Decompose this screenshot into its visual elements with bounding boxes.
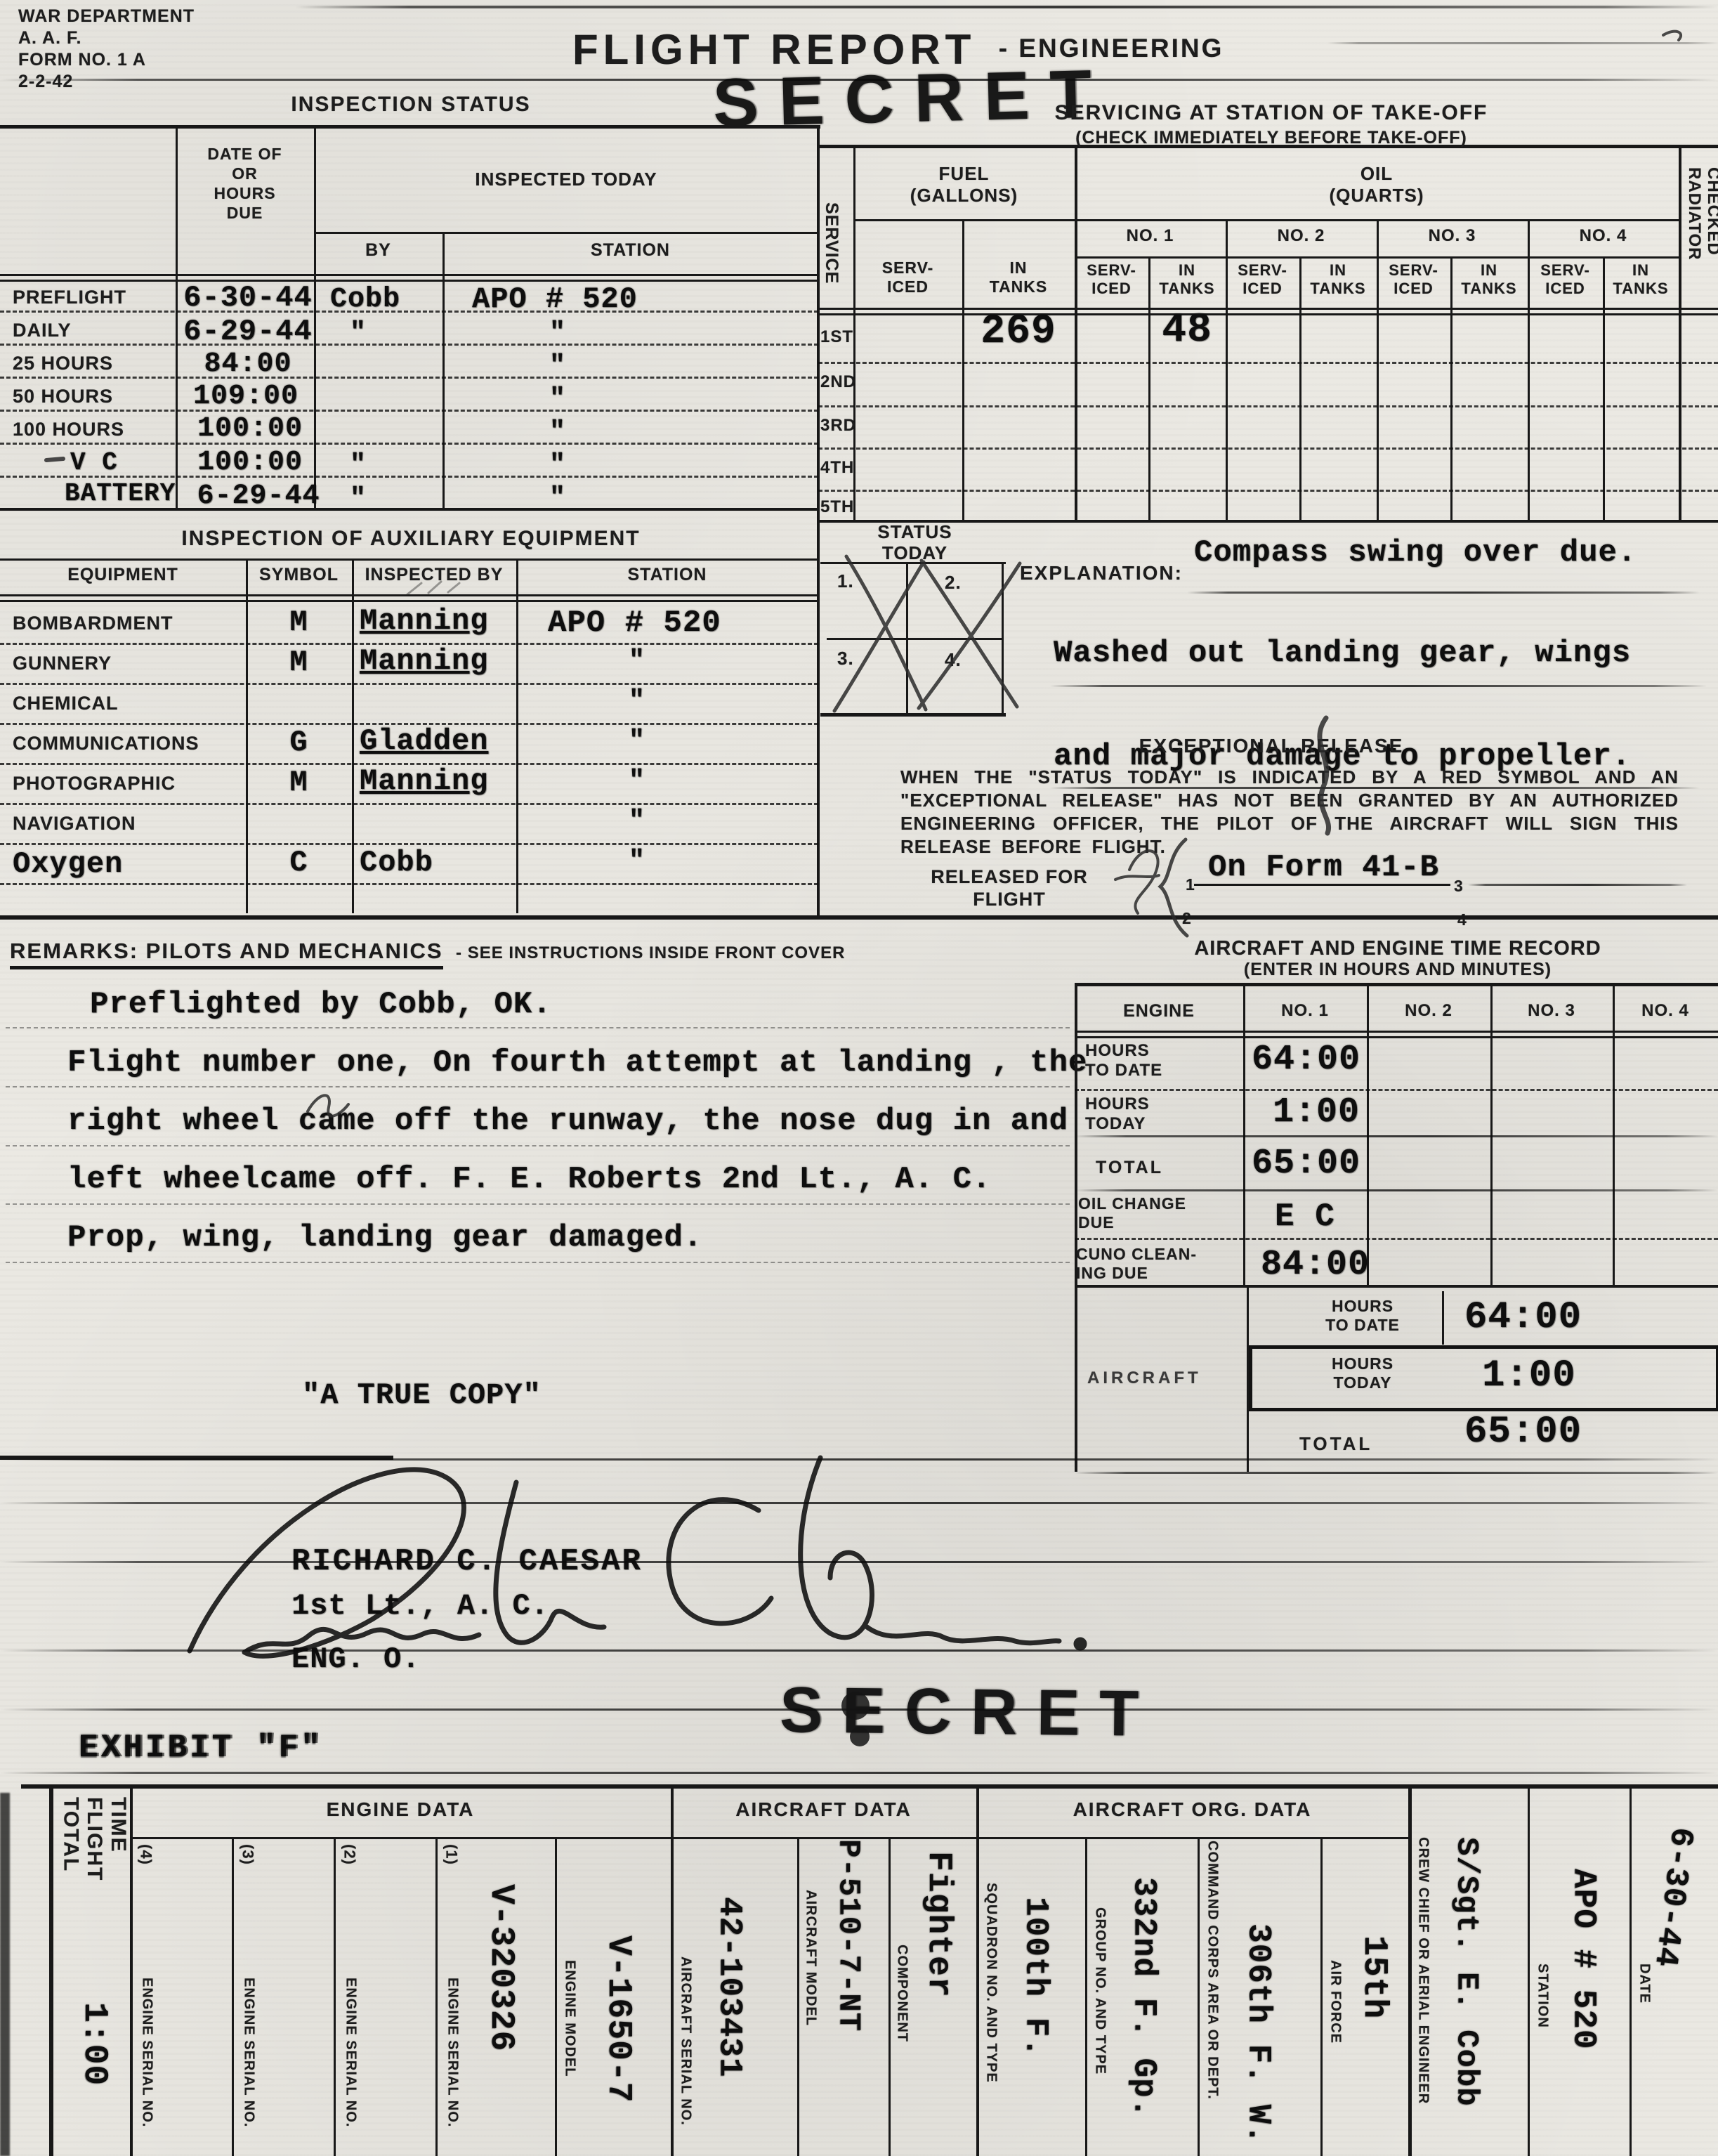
no1-total: 65:00 (1252, 1144, 1360, 1184)
aux-station-ditto: " (629, 726, 645, 756)
rule (1442, 1291, 1444, 1345)
row-divider (0, 311, 818, 313)
total-flight-time-value: 1:00 (74, 2002, 112, 2086)
row-label: 25 HOURS (13, 353, 113, 374)
agency-line: FORM NO. 1 A (18, 49, 195, 71)
servicing-title: SERVICING AT STATION OF TAKE-OFF (920, 101, 1622, 125)
aux-equipment: PHOTOGRAPHIC (13, 773, 176, 795)
ledger-line (0, 1561, 1718, 1563)
aux-equipment-typed: Oxygen (13, 847, 123, 881)
engine-1-serial-value: V-320326 (481, 1884, 519, 2051)
remarks-line: Flight number one, On fourth attempt at … (67, 1045, 1087, 1080)
status-cell-3: 3. (837, 648, 854, 669)
rule (1320, 1837, 1323, 2156)
engine-3-label: ENGINE SERIAL NO. (241, 1978, 256, 2127)
air-force-label: AIR FORCE (1327, 1960, 1343, 2044)
explanation-line: Washed out landing gear, wings (1054, 636, 1631, 671)
status-cell-2: 2. (945, 572, 962, 594)
service-col-label: SERVICE (822, 202, 841, 284)
rule (1075, 256, 1679, 259)
oil-no2-header: NO. 2 (1226, 226, 1377, 246)
no1-hours-today: 1:00 (1273, 1092, 1360, 1132)
rule (1075, 1472, 1718, 1474)
fuel-in-tanks-value: 269 (962, 309, 1075, 355)
rule (0, 79, 1718, 81)
engine-2-number: (2) (341, 1844, 358, 1865)
aux-inspected-by: Manning (360, 644, 488, 678)
rule (1528, 1784, 1530, 2156)
engine-4-number: (4) (137, 1844, 155, 1865)
ledger-line (0, 1458, 1718, 1461)
writing-line (1050, 685, 1707, 687)
in-tanks-label: IN TANKS (1299, 261, 1377, 298)
aux-equipment: COMMUNICATIONS (13, 733, 199, 754)
rule (1408, 1784, 1412, 2156)
aircraft-total: 65:00 (1464, 1411, 1582, 1453)
remarks-line: Prop, wing, landing gear damaged. (67, 1220, 702, 1255)
rule (516, 558, 518, 913)
engine-4-label: ENGINE SERIAL NO. (139, 1978, 155, 2127)
aux-symbol: M (246, 606, 352, 639)
in-tanks-label: IN TANKS (962, 259, 1075, 296)
rule (1085, 1837, 1087, 2156)
aux-inspected-by: Manning (360, 604, 488, 638)
rule (130, 1837, 1408, 1839)
exceptional-release-body: WHEN THE "STATUS TODAY" IS INDICATED BY … (900, 766, 1679, 858)
writing-line (1187, 592, 1700, 594)
rule (1075, 1031, 1718, 1033)
no1-oil-change: E C (1275, 1198, 1335, 1235)
cell-station-ditto: " (549, 384, 566, 414)
aux-station-ditto: " (629, 846, 645, 876)
scan-streak (1327, 42, 1718, 44)
aircraft-serial-value: 42-103431 (711, 1897, 747, 2077)
remarks-title: REMARKS: PILOTS AND MECHANICS (10, 939, 443, 969)
date-value: 6-30-44 (1646, 1825, 1700, 1969)
rule (130, 1784, 133, 2156)
service-row-label: 1ST (820, 327, 853, 347)
command-label: COMMAND CORPS AREA OR DEPT. (1205, 1841, 1220, 2100)
rule (0, 125, 820, 129)
release-slot-4: 4 (1457, 910, 1467, 929)
remarks-header: REMARKS: PILOTS AND MECHANICS - SEE INST… (10, 939, 845, 964)
aux-equipment: GUNNERY (13, 653, 112, 674)
rule (232, 1837, 234, 2156)
row-divider (0, 410, 818, 412)
aux-symbol: M (246, 766, 352, 799)
typed-rank: 1st Lt., A. C. (291, 1589, 549, 1623)
aux-inspected-by: Manning (360, 764, 488, 798)
row-divider (1075, 1089, 1718, 1091)
col-header-date-due: DATE OF OR HOURS DUE (177, 144, 313, 223)
rule (818, 313, 1718, 315)
section-rule (0, 915, 1718, 920)
status-cell-4: 4. (945, 649, 962, 671)
squadron-value: 100th F. (1017, 1897, 1054, 2058)
oil-no4-header: NO. 4 (1528, 226, 1679, 246)
rule (818, 308, 1718, 310)
aircraft-data-title: AIRCRAFT DATA (671, 1798, 976, 1821)
col-header-by: BY (314, 240, 442, 261)
rule (442, 232, 445, 508)
rule (671, 1784, 674, 2156)
squadron-label: SQUADRON NO. AND TYPE (983, 1883, 999, 2083)
aux-col-by: INSPECTED BY (352, 565, 516, 585)
rule (1075, 983, 1077, 1472)
agency-line: WAR DEPARTMENT (18, 6, 195, 27)
rule (853, 219, 1679, 221)
rule (0, 508, 818, 511)
cell-station-ditto: " (549, 417, 566, 447)
ledger-line (0, 1772, 1718, 1774)
writing-line (6, 1203, 1070, 1205)
row-divider (0, 344, 818, 346)
explanation-label: EXPLANATION: (1020, 562, 1183, 584)
remarks-subtitle: - SEE INSTRUCTIONS INSIDE FRONT COVER (456, 943, 845, 962)
org-data-title: AIRCRAFT ORG. DATA (976, 1798, 1408, 1821)
row-divider (818, 490, 1718, 492)
rule (0, 600, 818, 602)
auxiliary-title: INSPECTION OF AUXILIARY EQUIPMENT (130, 527, 692, 551)
row-label-typed: V C (70, 448, 118, 477)
rule (820, 713, 1006, 717)
cell-value: 109:00 (177, 381, 315, 412)
aux-inspected-by: Gladden (360, 724, 488, 758)
aux-station-ditto: " (629, 806, 645, 836)
no1-hours-to-date: 64:00 (1252, 1040, 1360, 1080)
writing-line (1194, 884, 1450, 886)
serviced-label: SERV- ICED (1377, 261, 1450, 298)
release-slot-3: 3 (1454, 877, 1464, 896)
aircraft-hours-to-date-label: HOURS TO DATE (1285, 1297, 1440, 1335)
aux-col-equipment: EQUIPMENT (0, 565, 246, 585)
rule (334, 1837, 336, 2156)
aux-equipment: CHEMICAL (13, 693, 119, 714)
writing-line (6, 1145, 1070, 1146)
rule (797, 1837, 799, 2156)
rule (0, 274, 818, 276)
ledger-line (0, 1502, 1718, 1504)
cell-station-ditto: " (549, 450, 566, 480)
writing-line (6, 1086, 1070, 1087)
ledger-line (0, 1649, 1718, 1652)
time-col-no1: NO. 1 (1243, 1001, 1367, 1021)
rule (1075, 1036, 1718, 1038)
row-divider (818, 447, 1718, 450)
oil-header: OIL (QUARTS) (1075, 163, 1679, 207)
aircraft-serial-label: AIRCRAFT SERIAL NO. (678, 1956, 693, 2126)
engine-model-label: ENGINE MODEL (562, 1960, 577, 2077)
rule (888, 1837, 891, 2156)
aux-station-ditto: " (629, 686, 645, 716)
serviced-label: SERV- ICED (1226, 261, 1299, 298)
agency-line: A. A. F. (18, 27, 195, 49)
rule (0, 594, 818, 596)
rule (435, 1837, 438, 2156)
aux-symbol: G (246, 726, 352, 759)
row-divider (0, 803, 818, 805)
fuel-header: FUEL (GALLONS) (853, 163, 1075, 207)
engine-data-title: ENGINE DATA (130, 1798, 671, 1821)
service-row-label: 3RD (820, 416, 856, 436)
cell-by-ditto: " (350, 318, 367, 348)
aircraft-section-label: AIRCRAFT (1087, 1368, 1202, 1388)
cell-value: 6-29-44 (181, 315, 315, 348)
crew-chief-label: CREW CHIEF OR AERIAL ENGINEER (1415, 1837, 1431, 2104)
aux-col-symbol: SYMBOL (246, 565, 352, 585)
rule (0, 280, 818, 282)
row-divider (0, 843, 818, 845)
aux-col-station: STATION (516, 565, 818, 585)
row-divider (0, 377, 818, 379)
cell-station: APO # 520 (472, 282, 638, 316)
remarks-line: right wheel came off the runway, the nos… (67, 1104, 1068, 1139)
row-divider (0, 443, 818, 445)
oil-no1-header: NO. 1 (1075, 226, 1226, 246)
service-row-label: 2ND (820, 372, 856, 392)
table-top-rule (21, 1784, 1718, 1789)
time-record-title: AIRCRAFT AND ENGINE TIME RECORD (1082, 937, 1714, 960)
date-label: DATE (1637, 1964, 1652, 2004)
row-label: DAILY (13, 320, 72, 341)
group-label: GROUP NO. AND TYPE (1092, 1907, 1108, 2075)
cell-by-ditto: " (350, 450, 367, 480)
status-today-title: STATUS TODAY (825, 521, 1004, 563)
cell-station-ditto: " (549, 351, 566, 381)
flight-report-form-scan: WAR DEPARTMENT A. A. F. FORM NO. 1 A 2-2… (0, 0, 1718, 2156)
command-value: 306th F. W. (1240, 1923, 1276, 2145)
service-row-label: 4TH (820, 458, 854, 478)
engine-3-number: (3) (239, 1844, 256, 1865)
serviced-label: SERV- ICED (853, 259, 962, 296)
crew-chief-value: S/Sgt. E. Cobb (1448, 1837, 1483, 2107)
rule (976, 1784, 979, 2156)
remarks-line: left wheelcame off. F. E. Roberts 2nd Lt… (67, 1162, 991, 1197)
aux-station: APO # 520 (548, 606, 721, 641)
service-row-label: 5TH (820, 497, 854, 517)
status-cell-1: 1. (837, 570, 854, 592)
rule (314, 232, 818, 234)
aux-station-ditto: " (629, 766, 645, 796)
released-for-flight-label: RELEASED FOR FLIGHT (900, 865, 1118, 910)
serviced-label: SERV- ICED (1075, 261, 1148, 298)
aux-symbol: C (246, 846, 352, 880)
aux-inspected-by: Cobb (360, 846, 433, 880)
row-divider (0, 683, 818, 685)
row-total: TOTAL (1096, 1158, 1163, 1178)
row-divider (0, 476, 818, 478)
engine-model-value: V-1650-7 (598, 1935, 636, 2103)
in-tanks-label: IN TANKS (1450, 261, 1528, 298)
row-label: PREFLIGHT (13, 287, 126, 308)
row-hours-today: HOURS TODAY (1085, 1095, 1150, 1134)
oil-no1-in-tanks-value: 48 (1148, 308, 1226, 353)
row-hours-to-date: HOURS TO DATE (1085, 1041, 1162, 1080)
time-col-no2: NO. 2 (1367, 1001, 1490, 1021)
time-col-no4: NO. 4 (1613, 1001, 1718, 1021)
row-label: 50 HOURS (13, 386, 113, 407)
row-label: 100 HOURS (13, 419, 124, 440)
rule (1075, 983, 1718, 986)
true-copy-line: "A TRUE COPY" (302, 1378, 542, 1412)
aircraft-hours-to-date: 64:00 (1464, 1296, 1582, 1339)
release-slot-1-value: On Form 41-B (1208, 850, 1439, 885)
row-oil-change: OIL CHANGE DUE (1078, 1194, 1186, 1232)
col-header-inspected-today: INSPECTED TODAY (314, 169, 818, 190)
rule (352, 558, 354, 913)
row-label-typed: BATTERY (65, 479, 176, 508)
cell-value: 100:00 (181, 413, 319, 445)
cell-value: 6-30-44 (181, 281, 315, 315)
cell-by: Cobb (330, 284, 400, 315)
col-header-station: STATION (442, 240, 818, 261)
aircraft-total-label: TOTAL (1299, 1433, 1372, 1455)
rule (0, 558, 818, 561)
oil-no3-header: NO. 3 (1377, 226, 1528, 246)
radiator-checked-label: RADIATOR CHECKED (1684, 167, 1718, 260)
aircraft-model-value: P-510-7-NT (830, 1839, 865, 2032)
writing-line (6, 1262, 1070, 1263)
cell-by-ditto: " (350, 483, 367, 514)
engine-1-label: ENGINE SERIAL NO. (445, 1978, 460, 2127)
rule (820, 562, 1006, 564)
aux-station-ditto: " (629, 646, 645, 676)
aircraft-hours-today-label: HOURS TODAY (1285, 1354, 1440, 1392)
row-cuno: CUNO CLEAN- ING DUE (1076, 1245, 1197, 1283)
rule (1679, 148, 1681, 520)
air-force-value: 15th (1354, 1935, 1392, 2019)
aux-symbol: M (246, 646, 352, 679)
secret-stamp-lower: SECRET (779, 1673, 1158, 1751)
time-col-engine: ENGINE (1075, 1001, 1243, 1021)
row-divider (1075, 1135, 1718, 1137)
aux-equipment: NAVIGATION (13, 813, 136, 835)
station-value: APO # 520 (1565, 1869, 1601, 2049)
rule (827, 638, 1002, 640)
rule (1002, 562, 1004, 713)
scan-streak (295, 6, 1718, 8)
aircraft-model-label: AIRCRAFT MODEL (803, 1890, 818, 2026)
no1-cuno: 84:00 (1261, 1245, 1370, 1285)
component-label: COMPONENT (894, 1945, 910, 2042)
row-divider (818, 362, 1718, 364)
rule (1075, 1285, 1718, 1288)
rule (1630, 1784, 1632, 2156)
in-tanks-label: IN TANKS (1603, 261, 1679, 298)
remarks-line: Preflighted by Cobb, OK. (90, 987, 552, 1022)
time-col-no3: NO. 3 (1490, 1001, 1613, 1021)
rule (906, 562, 908, 713)
rule (1198, 1837, 1200, 2156)
agency-line: 2-2-42 (18, 71, 195, 93)
row-divider (1075, 1189, 1718, 1191)
cell-value: 84:00 (181, 348, 315, 380)
engine-1-number: (1) (442, 1844, 460, 1865)
group-value: 332nd F. Gp. (1125, 1877, 1162, 2118)
row-divider (818, 405, 1718, 407)
exhibit-stamp: EXHIBIT "F" (79, 1730, 323, 1766)
scan-smear (0, 1793, 10, 2156)
cell-station-ditto: " (549, 318, 566, 348)
rule (555, 1837, 557, 2156)
writing-line (1468, 884, 1687, 886)
writing-line (6, 1027, 1070, 1028)
cell-value: 100:00 (181, 447, 319, 478)
engine-2-label: ENGINE SERIAL NO. (343, 1978, 358, 2127)
rule (49, 1784, 53, 2156)
cell-station-ditto: " (549, 483, 566, 513)
serviced-label: SERV- ICED (1528, 261, 1603, 298)
cell-value: 6-29-44 (181, 481, 336, 512)
time-record-subtitle: (ENTER IN HOURS AND MINUTES) (1082, 960, 1714, 980)
servicing-subtitle: (CHECK IMMEDIATELY BEFORE TAKE-OFF) (920, 128, 1622, 148)
row-divider (1075, 1238, 1718, 1240)
inspection-status-title: INSPECTION STATUS (130, 93, 692, 117)
in-tanks-label: IN TANKS (1148, 261, 1226, 298)
aux-equipment: BOMBARDMENT (13, 613, 173, 634)
row-divider (0, 883, 818, 885)
component-value: Fighter (919, 1851, 957, 1998)
station-label: STATION (1535, 1964, 1550, 2028)
explanation-line: Compass swing over due. (1194, 535, 1637, 570)
aircraft-hours-today: 1:00 (1482, 1354, 1576, 1397)
typed-office: ENG. O. (291, 1642, 420, 1676)
exceptional-release-title: EXCEPTIONAL RELEASE (920, 735, 1622, 757)
total-flight-time-label: TOTAL FLIGHT TIME (59, 1797, 130, 1881)
